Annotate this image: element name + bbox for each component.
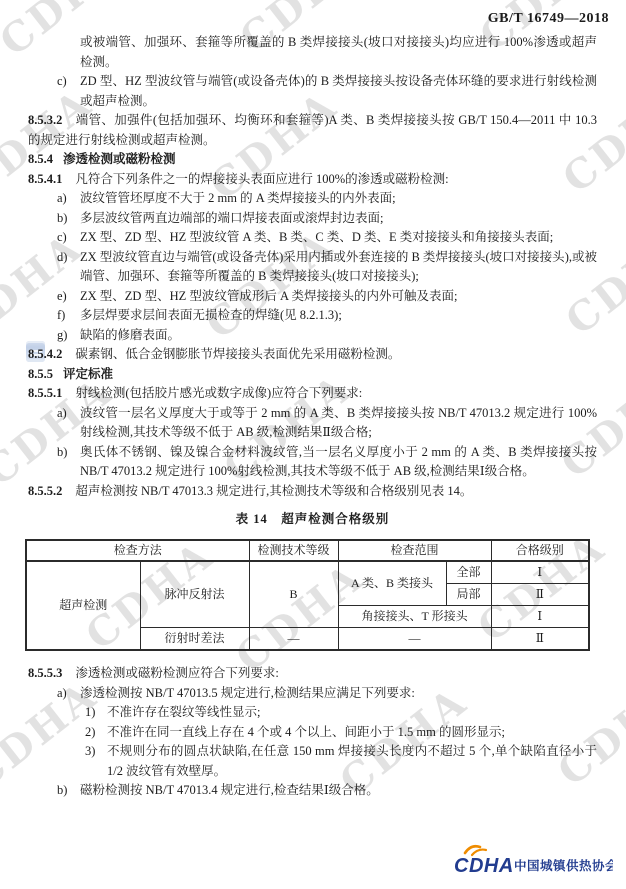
cell-method-group: 超声检测 — [26, 561, 140, 650]
document-page: CDHA CDHA CDHA CDHA CDHA CDHA CDHA CDHA … — [0, 0, 626, 889]
standard-number: GB/T 16749—2018 — [488, 11, 609, 27]
clause-8-5-4-2: 8.5.4.2碳素钢、低合金钢膨胀节焊接接头表面优先采用磁粉检测。 — [28, 345, 597, 365]
list-item-text: 不规则分布的圆点状缺陷,在任意 150 mm 焊接接头长度内不超过 5 个,单个… — [107, 742, 597, 781]
clause-number: 8.5.4 — [28, 152, 53, 166]
cdha-logo-icon: CDHA 中国城镇供热协会 — [451, 842, 613, 882]
clause-8-5-5-3: 8.5.5.3渗透检测或磁粉检测应符合下列要求: — [28, 664, 597, 684]
table-caption: 表 14 超声检测合格级别 — [28, 510, 597, 530]
list-marker: 3) — [85, 742, 107, 781]
cell-dash: — — [338, 628, 491, 651]
list-marker: c) — [57, 72, 80, 111]
col-header-scope: 检查范围 — [338, 540, 491, 562]
list-marker: a) — [57, 404, 80, 443]
list-item-text: ZX 型、ZD 型、HZ 型波纹管成形后 A 类焊接接头的内外可触及表面; — [80, 287, 597, 307]
clause-title: 评定标准 — [63, 367, 113, 381]
cdha-logo-text: CDHA — [454, 855, 514, 877]
clause-text: 渗透检测或磁粉检测应符合下列要求: — [75, 666, 278, 680]
clause-8-5-4-1: 8.5.4.1凡符合下列条件之一的焊接接头表面应进行 100%的渗透或磁粉检测: — [28, 170, 597, 190]
cell-joint-ab: A 类、B 类接头 — [338, 561, 446, 606]
table-row: 超声检测 脉冲反射法 B A 类、B 类接头 全部 Ⅰ — [26, 561, 589, 584]
sub-list-item: 1) 不准许存在裂纹等线性显示; — [28, 703, 597, 723]
list-item-text: ZX 型、ZD 型、HZ 型波纹管 A 类、B 类、C 类、D 类、E 类对接接… — [80, 228, 597, 248]
clause-text: 超声检测按 NB/T 47013.3 规定进行,其检测技术等级和合格级别见表 1… — [75, 484, 472, 498]
list-item-text: 不准许在同一直线上存在 4 个或 4 个以上、间距小于 1.5 mm 的圆形显示… — [107, 723, 597, 743]
cdha-logo: CDHA 中国城镇供热协会 — [451, 842, 613, 882]
clause-8-5-5-1: 8.5.5.1射线检测(包括胶片感光或数字成像)应符合下列要求: — [28, 384, 597, 404]
cell-grade-3: Ⅰ — [491, 606, 589, 628]
col-header-method: 检查方法 — [26, 540, 249, 562]
cell-pulse-echo: 脉冲反射法 — [140, 561, 249, 628]
list-item-text: 缺陷的修磨表面。 — [80, 326, 597, 346]
list-item: b) 多层波纹管两直边端部的端口焊接表面或滚焊封边表面; — [28, 209, 597, 229]
list-item-text: 波纹管管坯厚度不大于 2 mm 的 A 类焊接接头的内外表面; — [80, 189, 597, 209]
list-item: b) 磁粉检测按 NB/T 47013.4 规定进行,检查结果Ⅰ级合格。 — [28, 781, 597, 801]
cell-dash: — — [249, 628, 338, 651]
list-marker: d) — [57, 248, 80, 287]
list-item: f) 多层焊要求层间表面无损检查的焊缝(见 8.2.1.3); — [28, 306, 597, 326]
cell-grade-1: Ⅰ — [491, 561, 589, 584]
clause-number: 8.5.4.2 — [28, 347, 62, 361]
list-item-text: 多层焊要求层间表面无损检查的焊缝(见 8.2.1.3); — [80, 306, 597, 326]
list-item-text: 磁粉检测按 NB/T 47013.4 规定进行,检查结果Ⅰ级合格。 — [80, 781, 597, 801]
list-item-text: 不准许存在裂纹等线性显示; — [107, 703, 597, 723]
list-marker: b) — [57, 781, 80, 801]
clause-number: 8.5.5.2 — [28, 484, 62, 498]
cell-grade-2: Ⅱ — [491, 584, 589, 606]
document-body: 或被端管、加强环、套箍等所覆盖的 B 类焊接接头(坡口对接接头)均应进行 100… — [0, 33, 626, 801]
col-header-grade: 合格级别 — [491, 540, 589, 562]
list-marker: b) — [57, 443, 80, 482]
clause-number: 8.5.5.3 — [28, 666, 62, 680]
cdha-org-name: 中国城镇供热协会 — [514, 858, 613, 873]
clause-text: 碳素钢、低合金钢膨胀节焊接接头表面优先采用磁粉检测。 — [75, 347, 400, 361]
list-item-text: 多层波纹管两直边端部的端口焊接表面或滚焊封边表面; — [80, 209, 597, 229]
list-item: a) 波纹管管坯厚度不大于 2 mm 的 A 类焊接接头的内外表面; — [28, 189, 597, 209]
col-header-tech-level: 检测技术等级 — [249, 540, 338, 562]
cell-tofd: 衍射时差法 — [140, 628, 249, 651]
list-marker: c) — [57, 228, 80, 248]
list-item: b) 奥氏体不锈钢、镍及镍合金材料波纹管,当一层名义厚度小于 2 mm 的 A … — [28, 443, 597, 482]
cell-scope-full: 全部 — [446, 561, 491, 584]
list-item: g) 缺陷的修磨表面。 — [28, 326, 597, 346]
clause-8-5-5-2: 8.5.5.2超声检测按 NB/T 47013.3 规定进行,其检测技术等级和合… — [28, 482, 597, 502]
clause-8-5-4-heading: 8.5.4渗透检测或磁粉检测 — [28, 150, 597, 170]
sub-list-item: 3) 不规则分布的圆点状缺陷,在任意 150 mm 焊接接头长度内不超过 5 个… — [28, 742, 597, 781]
clause-text: 凡符合下列条件之一的焊接接头表面应进行 100%的渗透或磁粉检测: — [75, 172, 448, 186]
cell-grade-4: Ⅱ — [491, 628, 589, 651]
list-item-text: 奥氏体不锈钢、镍及镍合金材料波纹管,当一层名义厚度小于 2 mm 的 A 类、B… — [80, 443, 597, 482]
paragraph-continuation: 或被端管、加强环、套箍等所覆盖的 B 类焊接接头(坡口对接接头)均应进行 100… — [28, 33, 597, 72]
list-item: a) 渗透检测按 NB/T 47013.5 规定进行,检测结果应满足下列要求: — [28, 684, 597, 704]
sub-list-item: 2) 不准许在同一直线上存在 4 个或 4 个以上、间距小于 1.5 mm 的圆… — [28, 723, 597, 743]
table-header-row: 检查方法 检测技术等级 检查范围 合格级别 — [26, 540, 589, 562]
clause-number: 8.5.3.2 — [28, 113, 62, 127]
list-item-text: 波纹管一层名义厚度大于或等于 2 mm 的 A 类、B 类焊接接头按 NB/T … — [80, 404, 597, 443]
list-item-text: ZD 型、HZ 型波纹管与端管(或设备壳体)的 B 类焊接接头按设备壳体环缝的要… — [80, 72, 597, 111]
list-marker: f) — [57, 306, 80, 326]
clause-8-5-5-heading: 8.5.5评定标准 — [28, 365, 597, 385]
list-item: d) ZX 型波纹管直边与端管(或设备壳体)采用内插或外套连接的 B 类焊接接头… — [28, 248, 597, 287]
list-item-text: ZX 型波纹管直边与端管(或设备壳体)采用内插或外套连接的 B 类焊接接头(坡口… — [80, 248, 597, 287]
clause-number: 8.5.4.1 — [28, 172, 62, 186]
table-ultrasonic-grades: 检查方法 检测技术等级 检查范围 合格级别 超声检测 脉冲反射法 B A 类、B… — [25, 539, 590, 652]
list-marker: a) — [57, 684, 80, 704]
list-item: a) 波纹管一层名义厚度大于或等于 2 mm 的 A 类、B 类焊接接头按 NB… — [28, 404, 597, 443]
cell-tech-b: B — [249, 561, 338, 628]
list-item: e) ZX 型、ZD 型、HZ 型波纹管成形后 A 类焊接接头的内外可触及表面; — [28, 287, 597, 307]
cell-corner-joints: 角接接头、T 形接头 — [338, 606, 491, 628]
list-marker: e) — [57, 287, 80, 307]
list-marker: 2) — [85, 723, 107, 743]
clause-text: 端管、加强件(包括加强环、均衡环和套箍等)A 类、B 类焊接接头按 GB/T 1… — [28, 113, 597, 147]
clause-8-5-3-2: 8.5.3.2端管、加强件(包括加强环、均衡环和套箍等)A 类、B 类焊接接头按… — [28, 111, 597, 150]
list-item: c) ZX 型、ZD 型、HZ 型波纹管 A 类、B 类、C 类、D 类、E 类… — [28, 228, 597, 248]
clause-title: 渗透检测或磁粉检测 — [63, 152, 176, 166]
list-marker: a) — [57, 189, 80, 209]
list-marker: b) — [57, 209, 80, 229]
clause-number: 8.5.5.1 — [28, 386, 62, 400]
list-marker: g) — [57, 326, 80, 346]
cell-scope-partial: 局部 — [446, 584, 491, 606]
clause-text: 射线检测(包括胶片感光或数字成像)应符合下列要求: — [75, 386, 362, 400]
list-item: c) ZD 型、HZ 型波纹管与端管(或设备壳体)的 B 类焊接接头按设备壳体环… — [28, 72, 597, 111]
clause-number: 8.5.5 — [28, 367, 53, 381]
list-marker: 1) — [85, 703, 107, 723]
list-item-text: 渗透检测按 NB/T 47013.5 规定进行,检测结果应满足下列要求: — [80, 684, 597, 704]
